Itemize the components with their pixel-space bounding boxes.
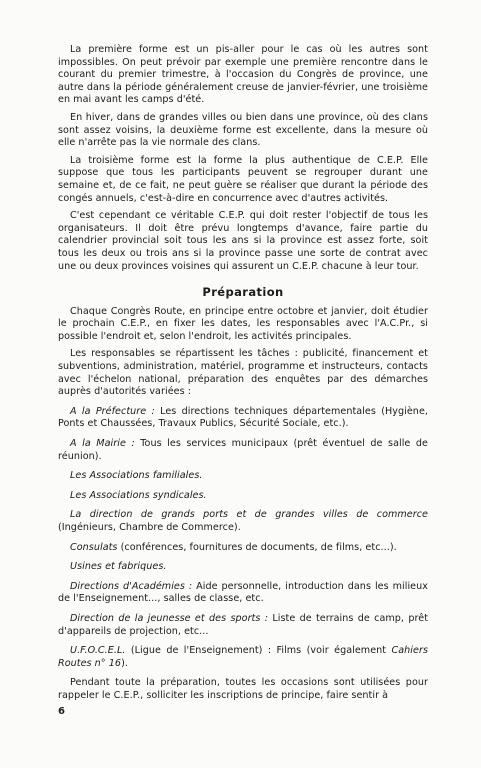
item-text: (Ligue de l'Enseignement) : Films (voir … bbox=[125, 645, 391, 656]
item-label: Les Associations syndicales. bbox=[70, 490, 207, 501]
document-page: La première forme est un pis-aller pour … bbox=[58, 44, 428, 708]
list-item: A la Préfecture : Les directions techniq… bbox=[58, 406, 428, 431]
paragraph: C'est cependant ce véritable C.E.P. qui … bbox=[58, 210, 428, 273]
item-text-end: ). bbox=[121, 658, 128, 669]
item-label: La direction de grands ports et de grand… bbox=[70, 509, 428, 520]
item-label: A la Préfecture : bbox=[70, 406, 155, 417]
item-text: (conférences, fournitures de documents, … bbox=[117, 542, 396, 553]
page-number: 6 bbox=[58, 706, 65, 717]
item-label: Les Associations familiales. bbox=[70, 470, 202, 481]
paragraph: La troisième forme est la forme la plus … bbox=[58, 155, 428, 205]
item-label: Directions d'Académies : bbox=[70, 581, 192, 592]
list-item: U.F.O.C.E.L. (Ligue de l'Enseignement) :… bbox=[58, 645, 428, 670]
list-item: La direction de grands ports et de grand… bbox=[58, 509, 428, 534]
list-item: Les Associations syndicales. bbox=[58, 490, 428, 503]
list-item: Usines et fabriques. bbox=[58, 561, 428, 574]
item-label: A la Mairie : bbox=[70, 438, 135, 449]
paragraph: Pendant toute la préparation, toutes les… bbox=[58, 677, 428, 702]
item-text: (Ingénieurs, Chambre de Commerce). bbox=[58, 522, 241, 533]
item-label: Consulats bbox=[70, 542, 117, 553]
paragraph: Les responsables se répartissent les tâc… bbox=[58, 348, 428, 398]
list-item: A la Mairie : Tous les services municipa… bbox=[58, 438, 428, 463]
paragraph: En hiver, dans de grandes villes ou bien… bbox=[58, 112, 428, 150]
list-item: Consulats (conférences, fournitures de d… bbox=[58, 542, 428, 555]
paragraph: Chaque Congrès Route, en principe entre … bbox=[58, 306, 428, 344]
list-item: Les Associations familiales. bbox=[58, 470, 428, 483]
item-label: Usines et fabriques. bbox=[70, 561, 167, 572]
list-item: Directions d'Académies : Aide personnell… bbox=[58, 581, 428, 606]
paragraph: La première forme est un pis-aller pour … bbox=[58, 44, 428, 107]
item-label: Direction de la jeunesse et des sports : bbox=[70, 613, 268, 624]
item-label: U.F.O.C.E.L. bbox=[70, 645, 125, 656]
section-heading: Préparation bbox=[58, 286, 428, 299]
list-item: Direction de la jeunesse et des sports :… bbox=[58, 613, 428, 638]
